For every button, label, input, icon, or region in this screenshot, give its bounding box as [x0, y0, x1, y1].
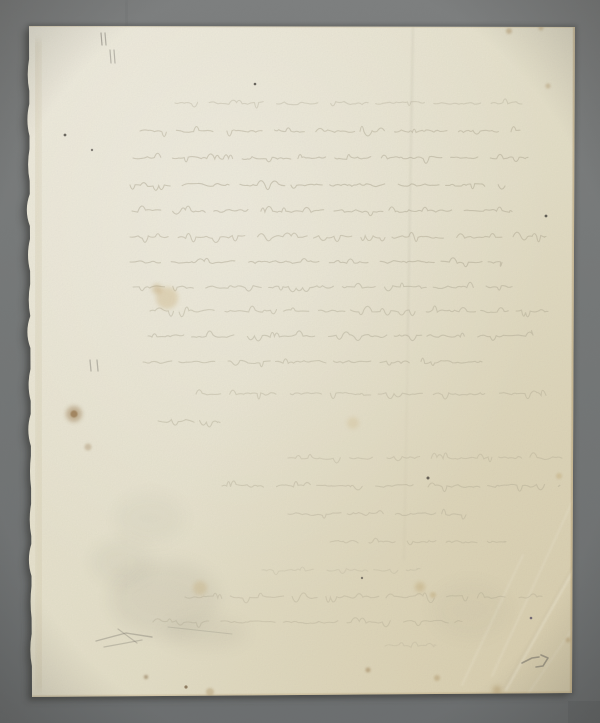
photo-stage [0, 0, 600, 723]
document-photo [0, 0, 600, 723]
grain-light [0, 0, 600, 723]
